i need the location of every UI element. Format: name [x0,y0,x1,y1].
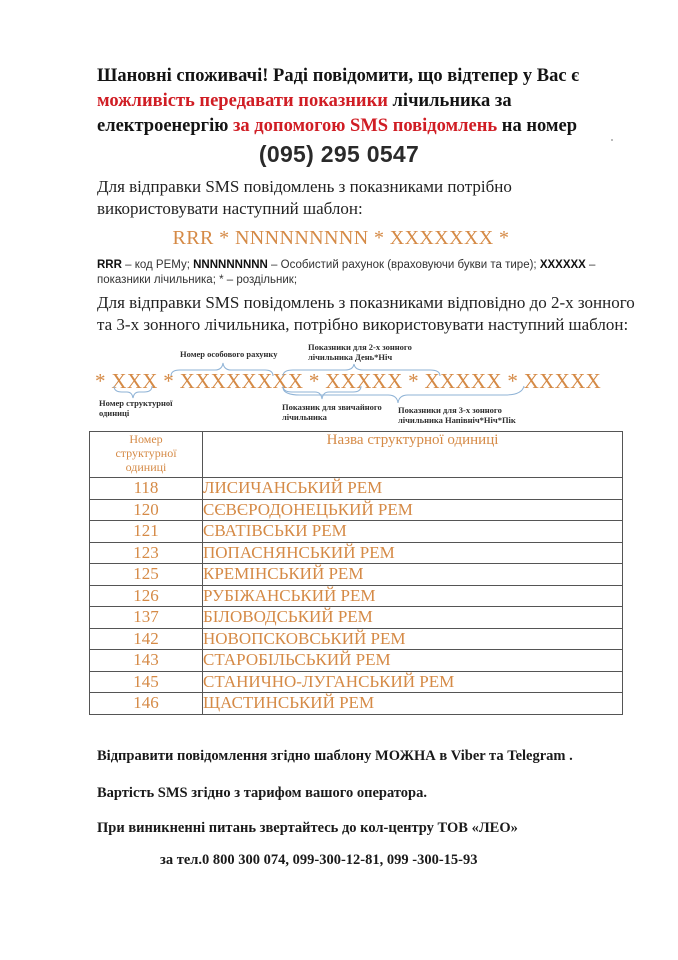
legend-nnn-desc: – Особистий рахунок (враховуючи букви та… [268,259,540,271]
unit-name: СТАНИЧНО-ЛУГАНСЬКИЙ РЕМ [203,671,623,693]
unit-name: ЛИСИЧАНСЬКИЙ РЕМ [203,478,623,500]
footer-sms-cost: Вартість SMS згідно з тарифом вашого опе… [97,785,657,802]
annotation-regular-line2: лічильника [282,412,382,422]
annotation-regular-line1: Показник для звичайного [282,402,382,412]
annotation-three-zone-line1: Показники для 3-х зонного [398,405,516,415]
unit-name: СТАРОБІЛЬСЬКИЙ РЕМ [203,650,623,672]
unit-name: БІЛОВОДСЬКИЙ РЕМ [203,607,623,629]
annotation-unit-number-line2: одиниці [99,408,172,418]
annotation-two-zone-line1: Показники для 2-х зонного [308,342,412,352]
table-row: 120СЄВЄРОДОНЕЦЬКИЙ РЕМ [90,499,623,521]
unit-name: КРЕМІНСЬКИЙ РЕМ [203,564,623,586]
table-row: 121СВАТІВСЬКИ РЕМ [90,521,623,543]
header-unit-number-line1: Номер [90,432,202,446]
annotation-regular-meter: Показник для звичайного лічильника [282,402,382,422]
structural-units-table: Номер структурної одиниці Назва структур… [89,431,623,715]
unit-code: 120 [90,499,203,521]
table-row: 145СТАНИЧНО-ЛУГАНСЬКИЙ РЕМ [90,671,623,693]
header-unit-number-line3: одиниці [90,460,202,474]
table-row: 142НОВОПСКОВСЬКИЙ РЕМ [90,628,623,650]
unit-code: 125 [90,564,203,586]
annotation-account-number: Номер особового рахунку [180,349,277,359]
unit-name: СВАТІВСЬКИ РЕМ [203,521,623,543]
announcement-heading: Шановні споживачі! Раді повідомити, що в… [97,64,637,139]
annotation-three-zone-line2: лічильника Напівніч*Ніч*Пік [398,415,516,425]
annotation-unit-number: Номер структурної одиниці [99,398,172,418]
heading-highlight-1: можливість передавати показники [97,91,388,111]
legend-nnn-key: NNNNNNNNN [193,259,268,271]
table-row: 123ПОПАСНЯНСЬКИЙ РЕМ [90,542,623,564]
annotation-three-zone: Показники для 3-х зонного лічильника Нап… [398,405,516,425]
instruction-multizone: Для відправки SMS повідомлень з показник… [97,292,637,336]
unit-code: 126 [90,585,203,607]
table-row: 143СТАРОБІЛЬСЬКИЙ РЕМ [90,650,623,672]
table-row: 146ЩАСТИНСЬКИЙ РЕМ [90,693,623,715]
unit-name: РУБІЖАНСЬКИЙ РЕМ [203,585,623,607]
unit-name: ЩАСТИНСЬКИЙ РЕМ [203,693,623,715]
unit-name: СЄВЄРОДОНЕЦЬКИЙ РЕМ [203,499,623,521]
unit-code: 137 [90,607,203,629]
table-row: 125КРЕМІНСЬКИЙ РЕМ [90,564,623,586]
heading-text-1: Шановні споживачі! Раді повідомити, що в… [97,66,579,86]
unit-code: 145 [90,671,203,693]
annotation-two-zone-line2: лічильника День*Ніч [308,352,412,362]
template-simple: RRR * NNNNNNNNN * XXXXXXX * [0,227,678,250]
annotation-unit-number-line1: Номер структурної [99,398,172,408]
unit-name: ПОПАСНЯНСЬКИЙ РЕМ [203,542,623,564]
legend-rrr-key: RRR [97,259,122,271]
unit-name: НОВОПСКОВСЬКИЙ РЕМ [203,628,623,650]
unit-code: 123 [90,542,203,564]
table-header-row: Номер структурної одиниці Назва структур… [90,432,623,478]
sms-phone-number: (095) 295 0547 [0,141,678,168]
legend-rrr-desc: – код РЕМу; [122,259,193,271]
unit-code: 142 [90,628,203,650]
header-unit-number-line2: структурної [90,446,202,460]
table-row: 137БІЛОВОДСЬКИЙ РЕМ [90,607,623,629]
footer-contact: При виникненні питань звертайтесь до кол… [97,820,657,837]
footer-phones: за тел.0 800 300 074, 099-300-12-81, 099… [160,852,678,869]
legend-xxx-key: XXXXXX [540,259,586,271]
unit-code: 121 [90,521,203,543]
table-row: 126РУБІЖАНСЬКИЙ РЕМ [90,585,623,607]
template-multizone: * XXX * XXXXXXXX * XXXXX * XXXXX * XXXXX [95,369,601,394]
footer-viber-telegram: Відправити повідомлення згідно шаблону М… [97,748,657,765]
header-unit-number: Номер структурної одиниці [90,432,203,478]
annotation-two-zone: Показники для 2-х зонного лічильника Ден… [308,342,412,362]
unit-code: 143 [90,650,203,672]
heading-highlight-2: за допомогою SMS повідомлень [233,116,497,136]
instruction-simple: Для відправки SMS повідомлень з показник… [97,176,637,220]
unit-code: 118 [90,478,203,500]
unit-code: 146 [90,693,203,715]
header-unit-name: Назва структурної одиниці [203,432,623,478]
table-row: 118ЛИСИЧАНСЬКИЙ РЕМ [90,478,623,500]
heading-text-3: на номер [497,116,577,136]
template-legend: RRR – код РЕМу; NNNNNNNNN – Особистий ра… [97,258,637,288]
